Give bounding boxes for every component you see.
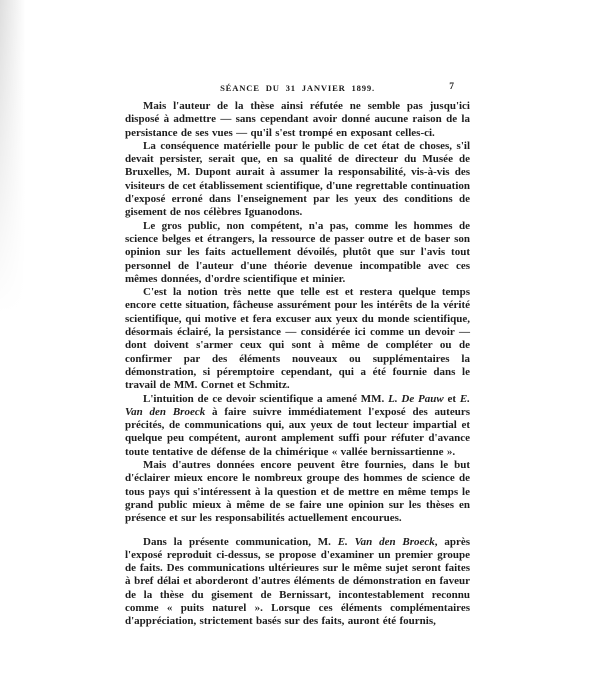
paragraph-1: Mais l'auteur de la thèse ainsi réfutée … xyxy=(125,100,470,140)
text-segment: La conséquence matérielle pour le public… xyxy=(125,140,470,218)
paragraph-3: Le gros public, non compétent, n'a pas, … xyxy=(125,220,470,286)
text-segment: L'intuition de ce devoir scientifique a … xyxy=(143,393,388,405)
paragraph-2: La conséquence matérielle pour le public… xyxy=(125,140,470,220)
paragraph-4: C'est la notion très nette que telle est… xyxy=(125,286,470,392)
page-header: SÉANCE DU 31 JANVIER 1899. 7 xyxy=(125,83,470,97)
running-title: SÉANCE DU 31 JANVIER 1899. xyxy=(125,83,470,93)
text-segment: C'est la notion très nette que telle est… xyxy=(125,286,470,391)
text-segment: Dans la présente communication, M. xyxy=(143,536,338,548)
person-name: E. Van den Broeck xyxy=(338,536,435,548)
document-page: SÉANCE DU 31 JANVIER 1899. 7 Mais l'aute… xyxy=(0,0,592,685)
paragraph-5: L'intuition de ce devoir scientifique a … xyxy=(125,393,470,459)
text-segment: Mais l'auteur de la thèse ainsi réfutée … xyxy=(125,100,470,139)
text-segment: , après l'exposé reproduit ci-dessus, se… xyxy=(125,536,470,628)
page-edge-shadow xyxy=(0,0,30,330)
text-segment: Le gros public, non compétent, n'a pas, … xyxy=(125,220,470,285)
text-segment: et xyxy=(444,393,460,405)
text-segment: Mais d'autres données encore peuvent êtr… xyxy=(125,459,470,524)
paragraph-7: Dans la présente communication, M. E. Va… xyxy=(125,536,470,629)
paragraph-6: Mais d'autres données encore peuvent êtr… xyxy=(125,459,470,525)
person-name: L. De Pauw xyxy=(388,393,444,405)
text-body: Mais l'auteur de la thèse ainsi réfutée … xyxy=(125,100,470,629)
page-number: 7 xyxy=(449,82,454,92)
